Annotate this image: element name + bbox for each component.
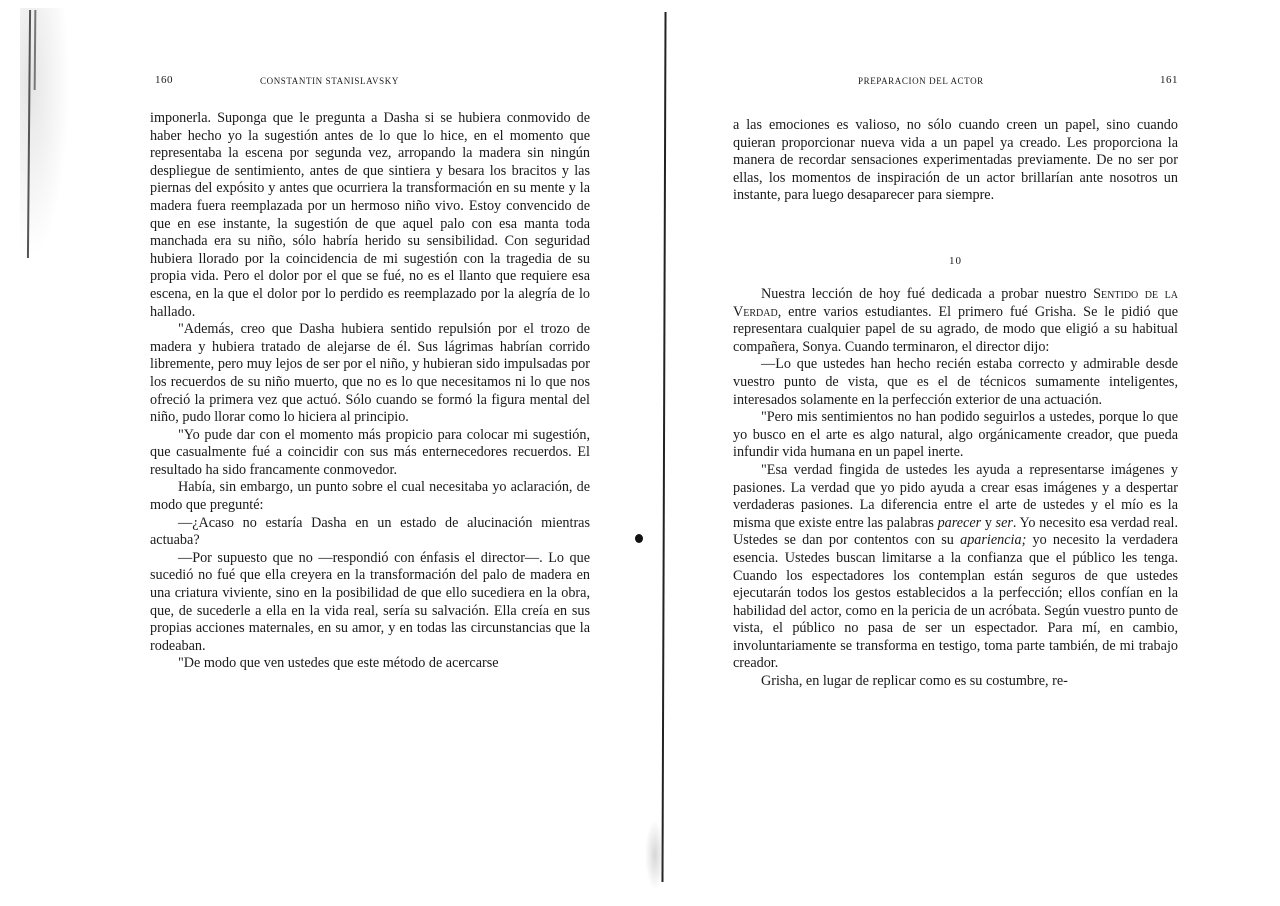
text-run: , entre varios estudiantes. El primero f…	[733, 304, 1178, 355]
paragraph: "Además, creo que Dasha hubiera sentido …	[150, 321, 590, 427]
paragraph: "De modo que ven ustedes que este método…	[150, 655, 590, 673]
paragraph: "Yo pude dar con el momento más propicio…	[150, 427, 590, 480]
paragraph: Grisha, en lugar de replicar como es su …	[733, 673, 1178, 691]
page-number: 160	[155, 74, 173, 86]
text-run: Nuestra lección de hoy fué dedicada a pr…	[761, 286, 1093, 302]
right-page-section-body: Nuestra lección de hoy fué dedicada a pr…	[733, 286, 1178, 691]
paragraph: "Esa verdad fingida de ustedes les ayuda…	[733, 462, 1178, 673]
italic-term: apariencia;	[960, 532, 1026, 548]
running-head-author: CONSTANTIN STANISLAVSKY	[260, 76, 399, 86]
gutter-shadow	[645, 820, 665, 890]
paragraph: —Por supuesto que no —respondió con énfa…	[150, 550, 590, 656]
right-page-opening: a las emociones es valioso, no sólo cuan…	[733, 117, 1178, 205]
page-number: 161	[1160, 74, 1178, 86]
paragraph: a las emociones es valioso, no sólo cuan…	[733, 117, 1178, 205]
paragraph: —Lo que ustedes han hecho recién estaba …	[733, 356, 1178, 409]
italic-term: parecer	[938, 515, 982, 531]
left-running-head: 160 CONSTANTIN STANISLAVSKY	[150, 74, 590, 90]
text-run: y	[981, 515, 995, 531]
italic-term: ser	[996, 515, 1013, 531]
section-number: 10	[733, 255, 1178, 267]
text-run: yo necesito la verdadera esencia. Ustede…	[733, 532, 1178, 671]
paragraph: —¿Acaso no estaría Dasha en un estado de…	[150, 515, 590, 550]
paragraph: "Pero mis sentimientos no han podido seg…	[733, 409, 1178, 462]
book-spread: 160 CONSTANTIN STANISLAVSKY imponerla. S…	[0, 0, 1280, 906]
paragraph: Nuestra lección de hoy fué dedicada a pr…	[733, 286, 1178, 356]
paragraph: Había, sin embargo, un punto sobre el cu…	[150, 479, 590, 514]
ink-speck	[635, 534, 643, 543]
paragraph: imponerla. Suponga que le pregunta a Das…	[150, 110, 590, 321]
book-gutter	[661, 12, 666, 882]
left-page-body: imponerla. Suponga que le pregunta a Das…	[150, 110, 590, 673]
running-head-title: PREPARACION DEL ACTOR	[858, 76, 984, 86]
right-running-head: PREPARACION DEL ACTOR 161	[733, 74, 1178, 90]
